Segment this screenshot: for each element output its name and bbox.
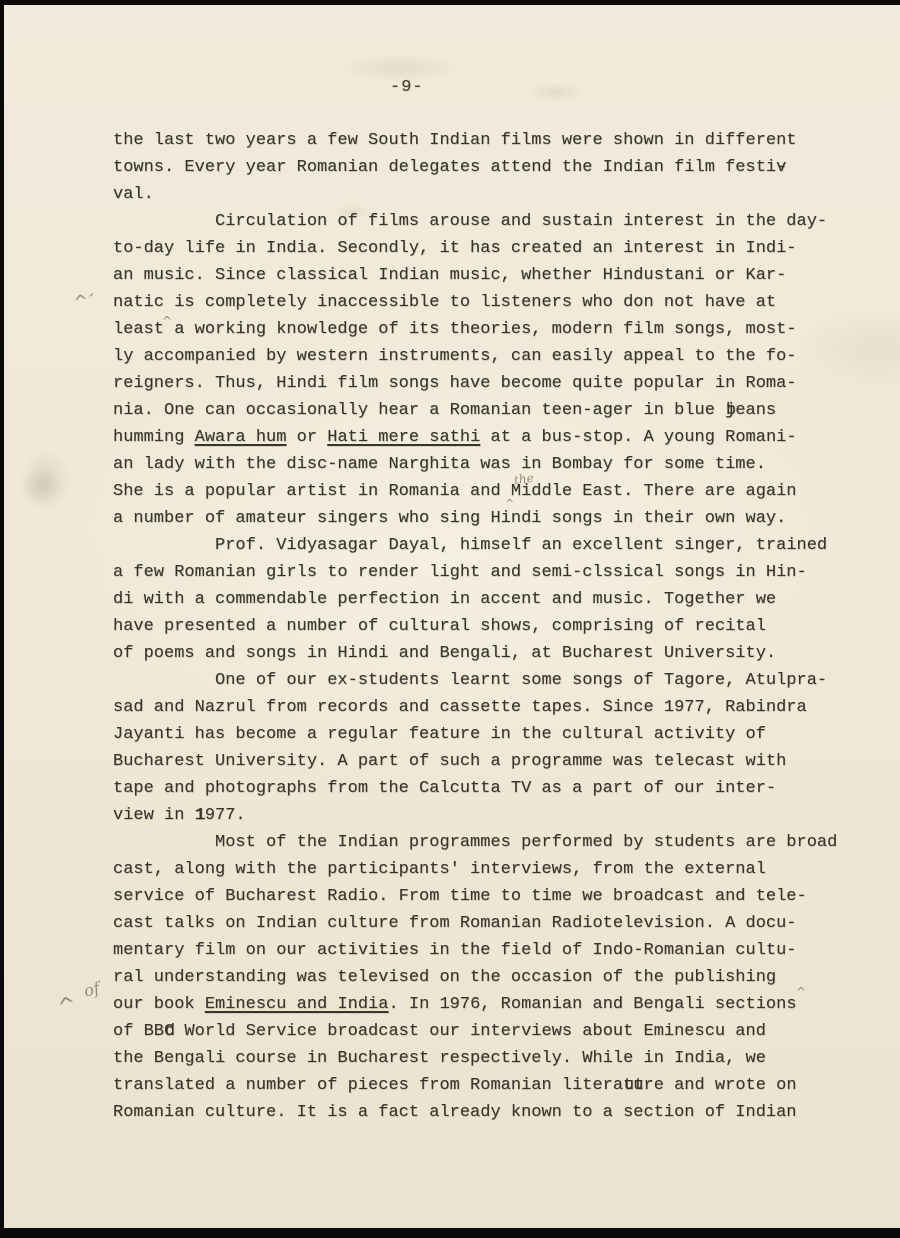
text-run: eans bbox=[735, 401, 776, 420]
overstrike-characters: v- bbox=[776, 154, 786, 181]
overstrike-characters: tuut bbox=[623, 1072, 643, 1099]
text-run: sad and Nazrul from records and cassette… bbox=[113, 698, 807, 717]
text-line: One of our ex-students learnt some songs… bbox=[113, 667, 837, 694]
underlined-phrase: Eminescu and India bbox=[205, 995, 389, 1014]
text-run: She is a popular artist in Romania and M… bbox=[113, 482, 797, 501]
overstrike-characters: jb bbox=[725, 397, 735, 424]
text-run: . In 1976, Romanian and Bengali sections bbox=[388, 995, 796, 1014]
text-run: val. bbox=[113, 185, 154, 204]
text-run: di with a commendable perfection in acce… bbox=[113, 590, 776, 609]
text-run: of poems and songs in Hindi and Bengali,… bbox=[113, 644, 776, 663]
text-run: Prof. Vidyasagar Dayal, himself an excel… bbox=[113, 536, 827, 555]
margin-insert-caret-mark: ^ bbox=[73, 291, 90, 313]
text-line: a number of amateur singers who sing Hin… bbox=[113, 505, 837, 532]
text-run: cast talks on Indian culture from Romani… bbox=[113, 914, 797, 933]
text-line: cast, along with the participants' inter… bbox=[113, 856, 837, 883]
margin-word-of: of bbox=[82, 978, 102, 1000]
text-line: Most of the Indian programmes performed … bbox=[113, 829, 837, 856]
text-line: view in 11977. bbox=[113, 802, 837, 829]
text-line: Romanian culture. It is a fact already k… bbox=[113, 1099, 837, 1126]
text-line: Prof. Vidyasagar Dayal, himself an excel… bbox=[113, 532, 837, 559]
text-line: Circulation of films arouse and sustain … bbox=[113, 208, 837, 235]
text-line: ral understanding was televised on the o… bbox=[113, 964, 837, 991]
text-line: service of Bucharest Radio. From time to… bbox=[113, 883, 837, 910]
text-line: cast talks on Indian culture from Romani… bbox=[113, 910, 837, 937]
text-line: di with a commendable perfection in acce… bbox=[113, 586, 837, 613]
text-run: or bbox=[286, 428, 327, 447]
margin-insert-comma-tail: , bbox=[88, 281, 96, 300]
text-run: view in bbox=[113, 806, 195, 825]
text-run: humming bbox=[113, 428, 195, 447]
text-run: cast, along with the participants' inter… bbox=[113, 860, 766, 879]
text-run: an music. Since classical Indian music, … bbox=[113, 266, 786, 285]
text-line: to-day life in India. Secondly, it has c… bbox=[113, 235, 837, 262]
text-line: humming Awara hum or Hati mere sathi at … bbox=[113, 424, 837, 451]
underlined-phrase: Awara hum bbox=[195, 428, 287, 447]
text-line: the Bengali course in Bucharest respecti… bbox=[113, 1045, 837, 1072]
text-run: 977. bbox=[205, 806, 246, 825]
text-run: Most of the Indian programmes performed … bbox=[113, 833, 837, 852]
body-text: the last two years a few South Indian fi… bbox=[113, 127, 837, 1126]
text-line: translated a number of pieces from Roman… bbox=[113, 1072, 837, 1099]
text-run: Romanian culture. It is a fact already k… bbox=[113, 1103, 797, 1122]
text-line: of poems and songs in Hindi and Bengali,… bbox=[113, 640, 837, 667]
text-line: have presented a number of cultural show… bbox=[113, 613, 837, 640]
text-run: translated a number of pieces from Roman… bbox=[113, 1076, 623, 1095]
overstrike-characters: Cd bbox=[164, 1018, 174, 1045]
text-line: She is a popular artist in Romania and M… bbox=[113, 478, 837, 505]
text-run: World Service broadcast our interviews a… bbox=[174, 1022, 766, 1041]
text-line: val. bbox=[113, 181, 837, 208]
text-run: a few Romanian girls to render light and… bbox=[113, 563, 807, 582]
text-run: nia. One can occasionally hear a Romania… bbox=[113, 401, 725, 420]
text-line: our book Eminescu and India. In 1976, Ro… bbox=[113, 991, 837, 1018]
text-run: Bucharest University. A part of such a p… bbox=[113, 752, 786, 771]
text-run: an lady with the disc-name Narghita was … bbox=[113, 455, 766, 474]
text-line: of BBCd World Service broadcast our inte… bbox=[113, 1018, 837, 1045]
text-run: reigners. Thus, Hindi film songs have be… bbox=[113, 374, 797, 393]
text-run: of BB bbox=[113, 1022, 164, 1041]
scan-edge-top bbox=[0, 0, 900, 5]
text-run: tape and photographs from the Calcutta T… bbox=[113, 779, 776, 798]
text-line: ly accompanied by western instruments, c… bbox=[113, 343, 837, 370]
text-run: the last two years a few South Indian fi… bbox=[113, 131, 797, 150]
text-run: a number of amateur singers who sing Hin… bbox=[113, 509, 786, 528]
text-run: ral understanding was televised on the o… bbox=[113, 968, 776, 987]
text-line: least a working knowledge of its theorie… bbox=[113, 316, 837, 343]
scan-edge-bottom bbox=[0, 1228, 900, 1238]
text-run: the Bengali course in Bucharest respecti… bbox=[113, 1049, 766, 1068]
text-line: nia. One can occasionally hear a Romania… bbox=[113, 397, 837, 424]
text-line: towns. Every year Romanian delegates att… bbox=[113, 154, 837, 181]
scan-edge-left bbox=[0, 0, 4, 1238]
underlined-phrase: Hati mere sathi bbox=[327, 428, 480, 447]
text-line: natic is completely inaccessible to list… bbox=[113, 289, 837, 316]
text-run: to-day life in India. Secondly, it has c… bbox=[113, 239, 797, 258]
text-run: One of our ex-students learnt some songs… bbox=[113, 671, 827, 690]
text-line: Jayanti has become a regular feature in … bbox=[113, 721, 837, 748]
text-run: Jayanti has become a regular feature in … bbox=[113, 725, 766, 744]
text-run: natic is completely inaccessible to list… bbox=[113, 293, 776, 312]
overstrike-characters: 11 bbox=[195, 802, 205, 829]
text-line: sad and Nazrul from records and cassette… bbox=[113, 694, 837, 721]
margin-caret-of: ^ bbox=[55, 992, 79, 1021]
page-number: -9- bbox=[390, 78, 424, 97]
text-line: reigners. Thus, Hindi film songs have be… bbox=[113, 370, 837, 397]
text-run: service of Bucharest Radio. From time to… bbox=[113, 887, 807, 906]
text-line: Bucharest University. A part of such a p… bbox=[113, 748, 837, 775]
text-line: an music. Since classical Indian music, … bbox=[113, 262, 837, 289]
text-line: a few Romanian girls to render light and… bbox=[113, 559, 837, 586]
text-run: mentary film on our activities in the fi… bbox=[113, 941, 797, 960]
text-line: mentary film on our activities in the fi… bbox=[113, 937, 837, 964]
text-line: the last two years a few South Indian fi… bbox=[113, 127, 837, 154]
text-run: at a bus-stop. A young Romani- bbox=[480, 428, 796, 447]
scanned-document-page: -9- the last two years a few South India… bbox=[0, 0, 900, 1238]
margin-smudge bbox=[20, 448, 72, 512]
text-line: tape and photographs from the Calcutta T… bbox=[113, 775, 837, 802]
text-line: an lady with the disc-name Narghita was … bbox=[113, 451, 837, 478]
text-run: towns. Every year Romanian delegates att… bbox=[113, 158, 776, 177]
text-run: ly accompanied by western instruments, c… bbox=[113, 347, 797, 366]
text-run: Circulation of films arouse and sustain … bbox=[113, 212, 827, 231]
text-run: re and wrote on bbox=[644, 1076, 797, 1095]
text-run: have presented a number of cultural show… bbox=[113, 617, 766, 636]
text-run: our book bbox=[113, 995, 205, 1014]
text-run: least a working knowledge of its theorie… bbox=[113, 320, 797, 339]
